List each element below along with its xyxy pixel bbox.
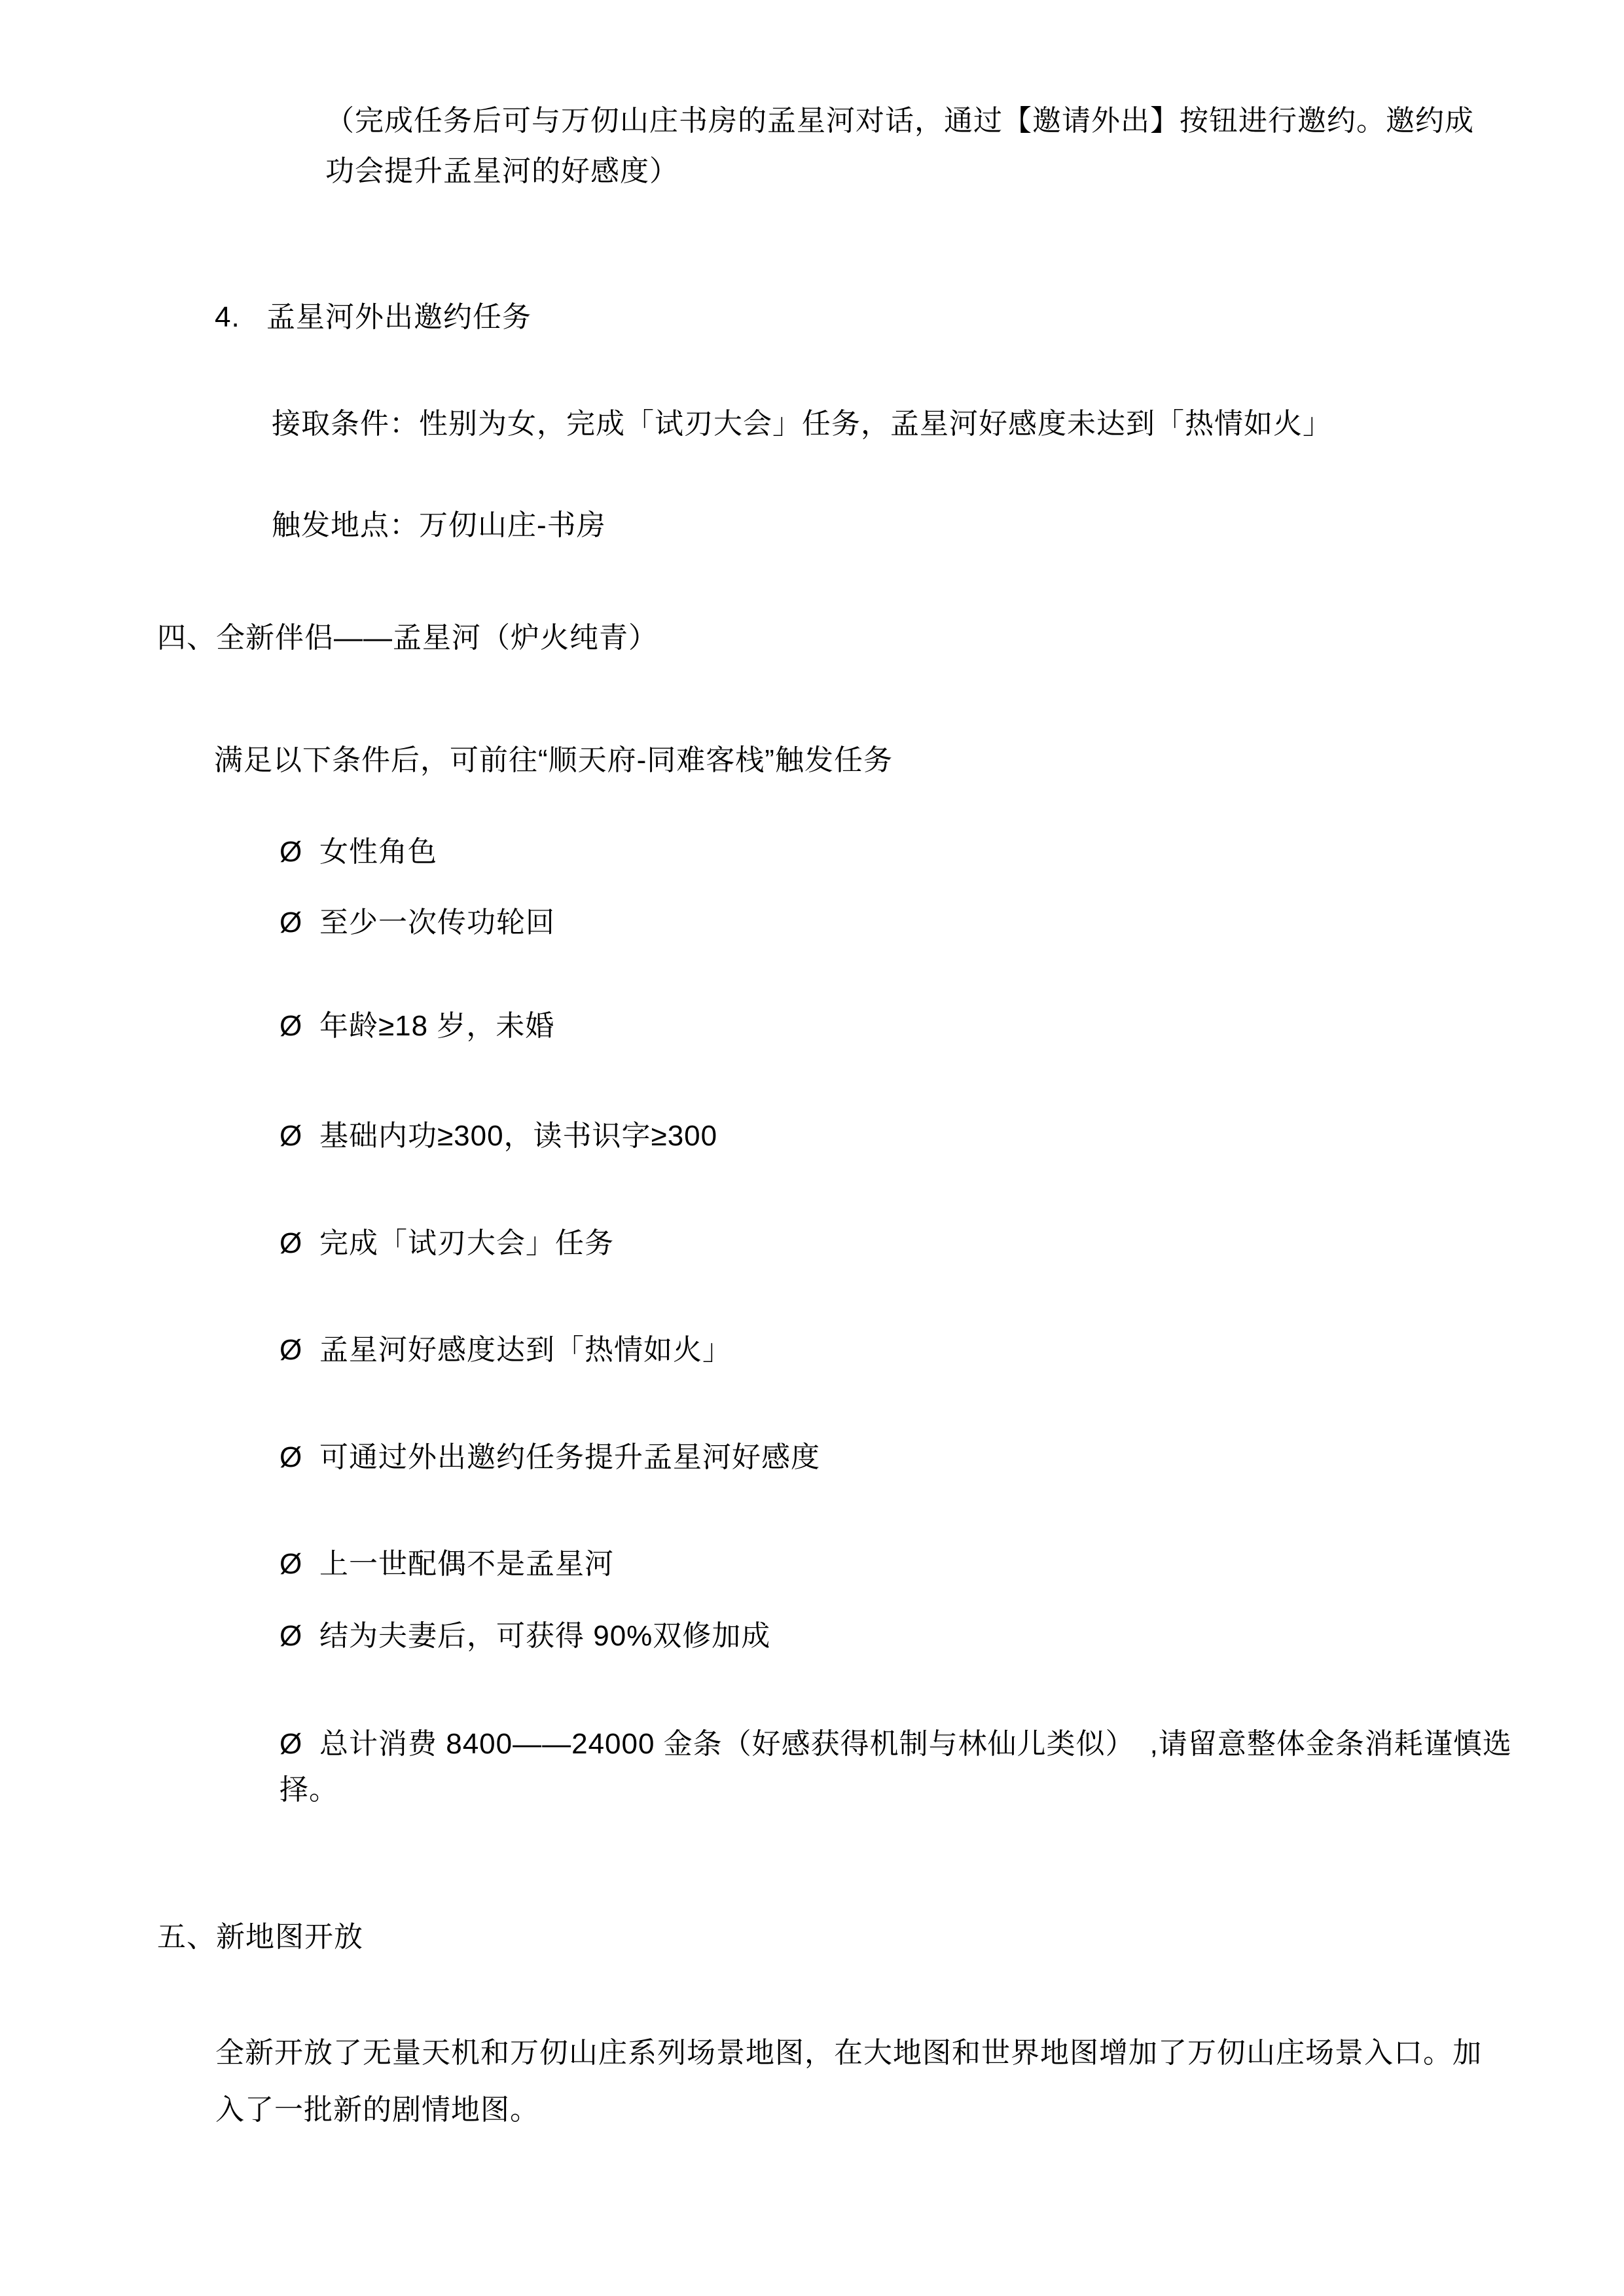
bullet-item: Ø上一世配偶不是孟星河	[280, 1547, 614, 1581]
bullet-text: 总计消费 8400——24000 金条（好感获得机制与林仙儿类似） ,请留意整体…	[319, 1728, 1512, 1760]
bullet-item: Ø总计消费 8400——24000 金条（好感获得机制与林仙儿类似） ,请留意整…	[280, 1727, 1512, 1761]
bullet-text: 结为夫妻后，可获得 90%双修加成	[319, 1620, 770, 1652]
section-4-heading: 四、全新伴侣——孟星河（炉火纯青）	[157, 621, 658, 655]
bullet-item: Ø完成「试刃大会」任务	[280, 1227, 614, 1261]
bullet-marker: Ø	[280, 835, 319, 869]
section-5-body-line-2: 入了一批新的剧情地图。	[215, 2093, 539, 2127]
bullet-item: Ø结为夫妻后，可获得 90%双修加成	[280, 1619, 770, 1653]
task-title: 孟星河外出邀约任务	[266, 300, 532, 334]
bullet-item: Ø孟星河好感度达到「热情如火」	[280, 1333, 732, 1367]
bullet-marker: Ø	[280, 1619, 319, 1653]
bullet-text: 至少一次传功轮回	[319, 906, 555, 939]
task-location-line: 触发地点：万仞山庄-书房	[272, 509, 606, 543]
intro-note-line-2: 功会提升孟星河的好感度）	[325, 154, 679, 188]
bullet-item: Ø基础内功≥300，读书识字≥300	[280, 1119, 717, 1153]
bullet-text: 可通过外出邀约任务提升孟星河好感度	[319, 1441, 820, 1473]
bullet-text: 上一世配偶不是孟星河	[319, 1548, 614, 1580]
bullet-text: 女性角色	[319, 836, 437, 868]
section-4-intro: 满足以下条件后，可前往“顺天府-同难客栈”触发任务	[214, 744, 893, 778]
bullet-item: Ø可通过外出邀约任务提升孟星河好感度	[280, 1441, 820, 1475]
bullet-text: 基础内功≥300，读书识字≥300	[319, 1120, 717, 1152]
bullet-item: Ø女性角色	[280, 835, 437, 869]
section-5-body-line-1: 全新开放了无量天机和万仞山庄系列场景地图，在大地图和世界地图增加了万仞山庄场景入…	[215, 2036, 1482, 2070]
bullet-marker: Ø	[280, 1009, 319, 1043]
bullet-item: Ø年龄≥18 岁，未婚	[280, 1009, 554, 1043]
bullet-marker: Ø	[280, 906, 319, 940]
bullet-text: 完成「试刃大会」任务	[319, 1227, 614, 1259]
bullet-marker: Ø	[280, 1547, 319, 1581]
bullet-marker: Ø	[280, 1727, 319, 1761]
document-page: （完成任务后可与万仞山庄书房的孟星河对话，通过【邀请外出】按钮进行邀约。邀约成 …	[0, 0, 1624, 2296]
task-condition-line: 接取条件：性别为女，完成「试刃大会」任务，孟星河好感度未达到「热情如火」	[272, 407, 1332, 441]
bullet-marker: Ø	[280, 1441, 319, 1475]
bullet-text: 年龄≥18 岁，未婚	[319, 1010, 554, 1042]
bullet-item: Ø至少一次传功轮回	[280, 906, 555, 940]
section-5-heading: 五、新地图开放	[157, 1920, 363, 1954]
intro-note-line-1: （完成任务后可与万仞山庄书房的孟星河对话，通过【邀请外出】按钮进行邀约。邀约成	[325, 104, 1474, 138]
bullet-text-wrap: 择。	[280, 1773, 338, 1807]
task-list-number: 4.	[215, 300, 240, 334]
bullet-marker: Ø	[280, 1119, 319, 1153]
bullet-marker: Ø	[280, 1333, 319, 1367]
bullet-text: 孟星河好感度达到「热情如火」	[319, 1334, 732, 1366]
bullet-marker: Ø	[280, 1227, 319, 1261]
